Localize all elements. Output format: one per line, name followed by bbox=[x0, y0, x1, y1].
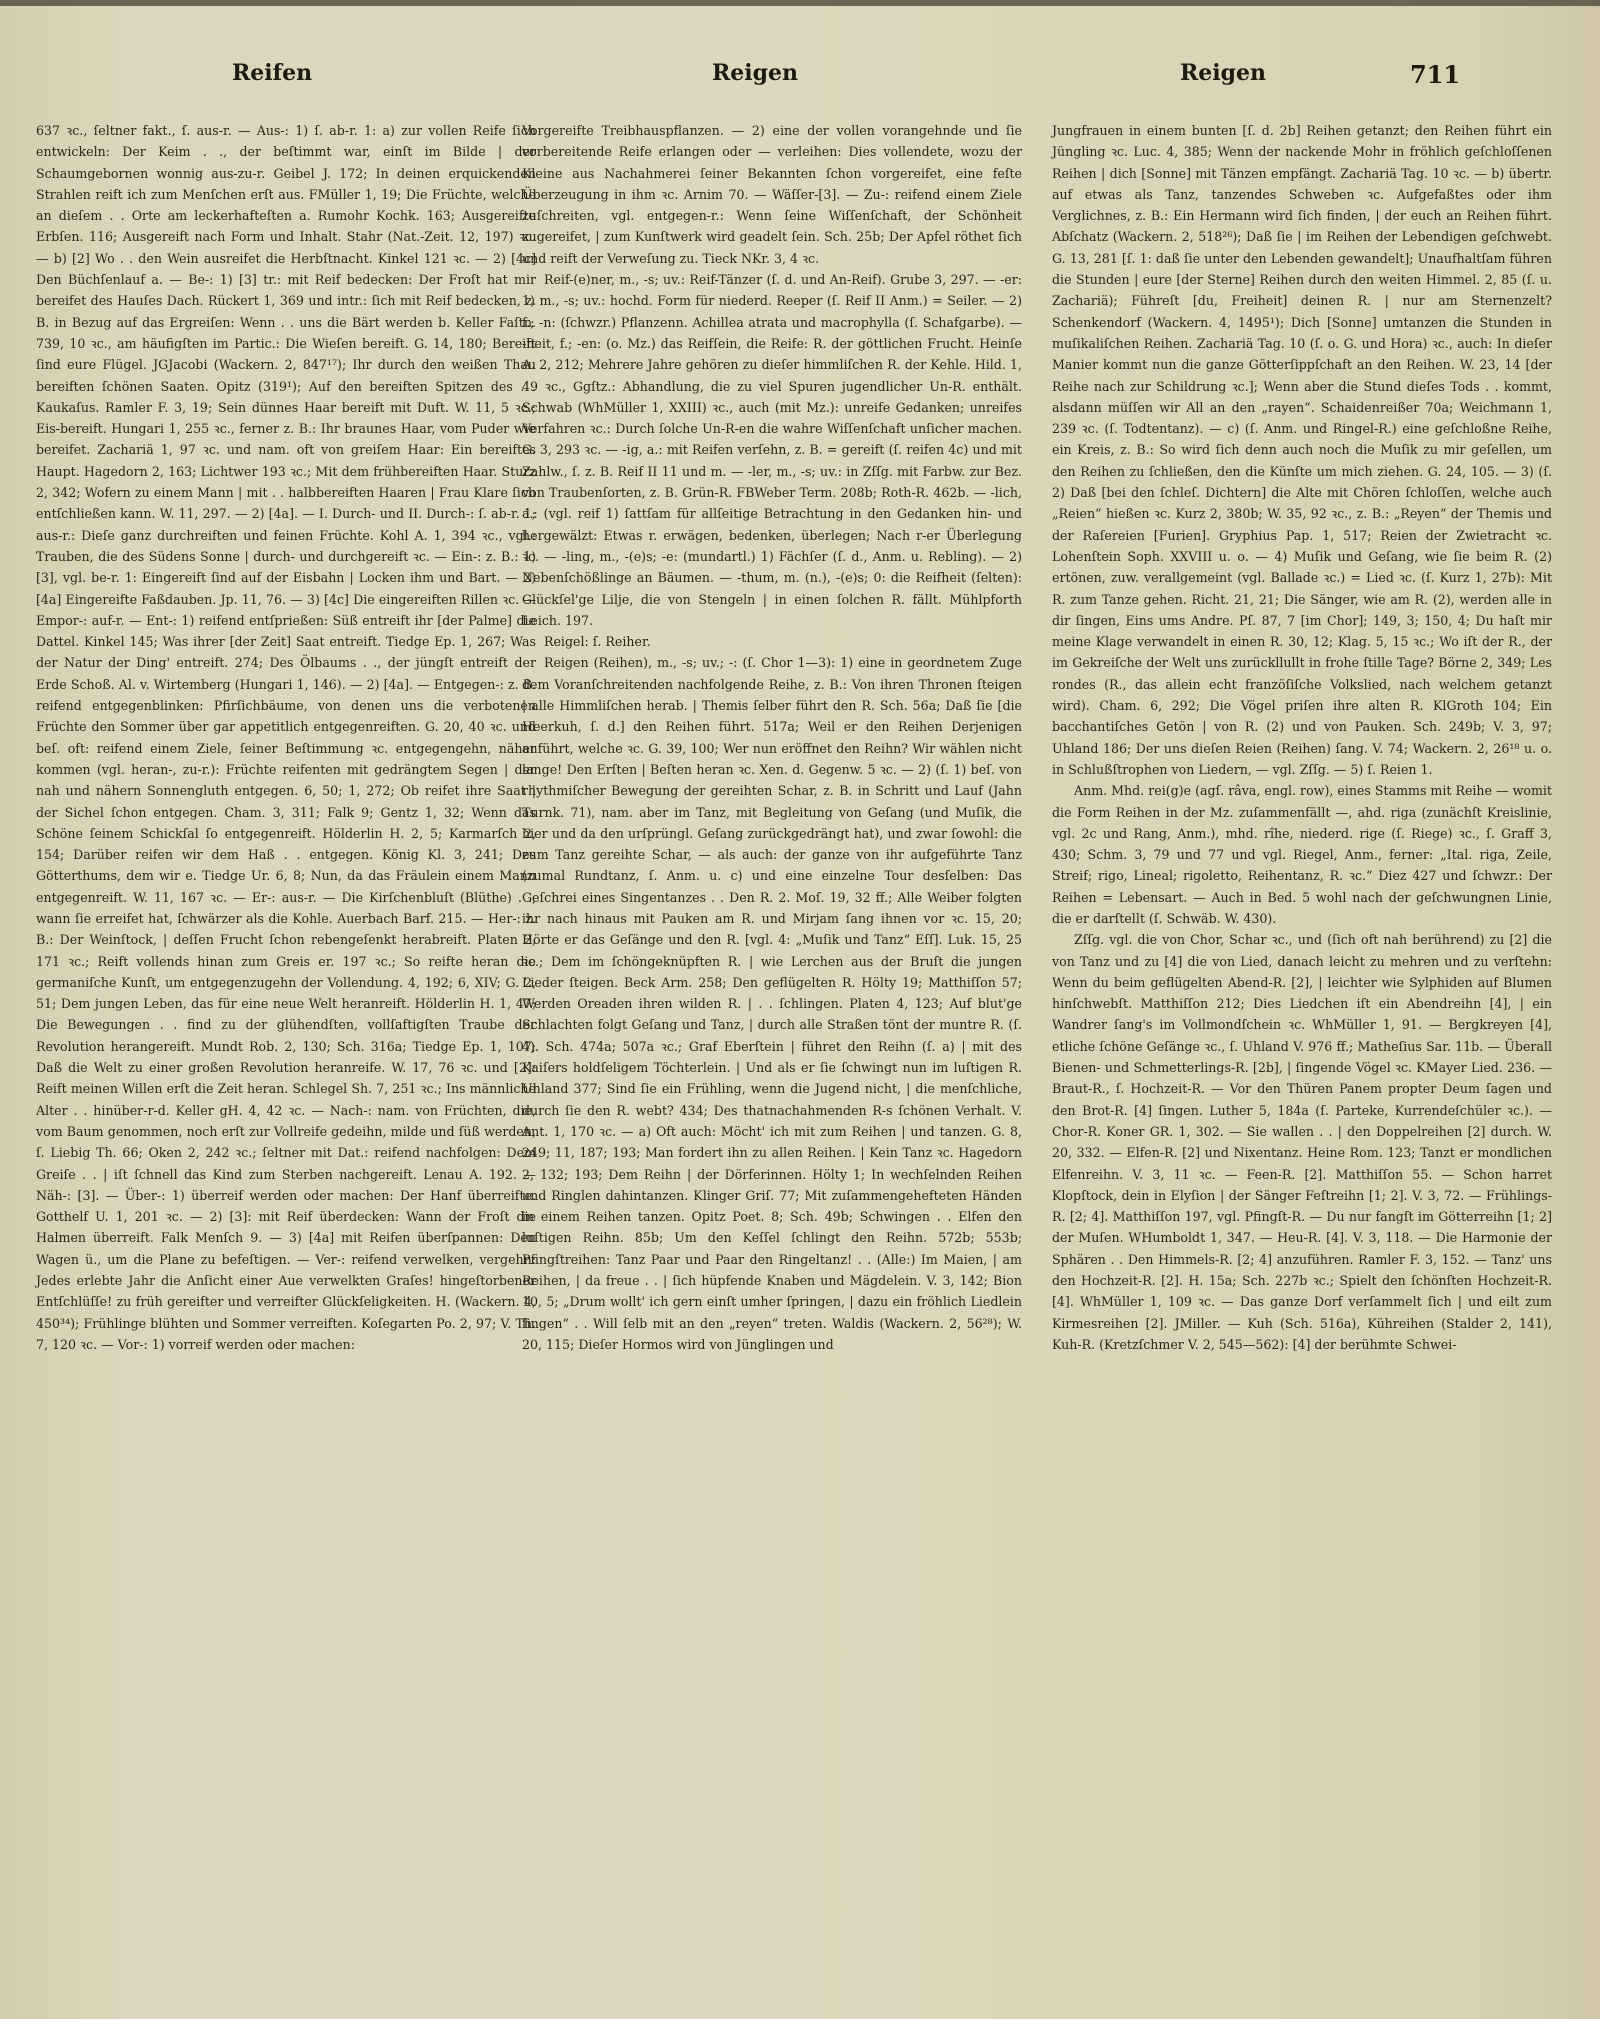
dictionary-entry: Vorgereifte Treibhauspflanzen. — 2) eine… bbox=[522, 120, 1022, 269]
dictionary-entry-reigel: Reigel: ſ. Reiher. bbox=[522, 631, 1022, 652]
column-3: Jungfrauen in einem bunten [ſ. d. 2b] Re… bbox=[1052, 120, 1552, 1355]
dictionary-entry: 637 ꝛc., ſeltner fakt., ſ. aus-r. — Aus-… bbox=[36, 120, 536, 1355]
dictionary-page: Reifen Reigen Reigen 711 637 ꝛc., ſeltne… bbox=[0, 0, 1600, 2019]
running-head-left: Reifen bbox=[232, 60, 312, 86]
running-head-right: Reigen bbox=[1180, 60, 1266, 86]
running-header: Reifen Reigen Reigen 711 bbox=[0, 60, 1600, 100]
dictionary-entry-reif-ener: Reif-(e)ner, m., -s; uv.: Reif-Tänzer (ſ… bbox=[522, 269, 1022, 631]
dictionary-entry-reigen: Reigen (Reihen), m., -s; uv.; -: (ſ. Cho… bbox=[522, 652, 1022, 1355]
column-1: 637 ꝛc., ſeltner fakt., ſ. aus-r. — Aus-… bbox=[36, 120, 536, 1355]
scan-edge bbox=[0, 0, 1600, 6]
column-2: Vorgereifte Treibhauspflanzen. — 2) eine… bbox=[522, 120, 1022, 1355]
etymology-note: Anm. Mhd. rei(g)e (agſ. râva, engl. row)… bbox=[1052, 780, 1552, 929]
page-number: 711 bbox=[1410, 60, 1460, 89]
dictionary-entry: Jungfrauen in einem bunten [ſ. d. 2b] Re… bbox=[1052, 120, 1552, 780]
running-head-middle: Reigen bbox=[712, 60, 798, 86]
compounds-section: Zſſg. vgl. die von Chor, Schar ꝛc., und … bbox=[1052, 929, 1552, 1355]
